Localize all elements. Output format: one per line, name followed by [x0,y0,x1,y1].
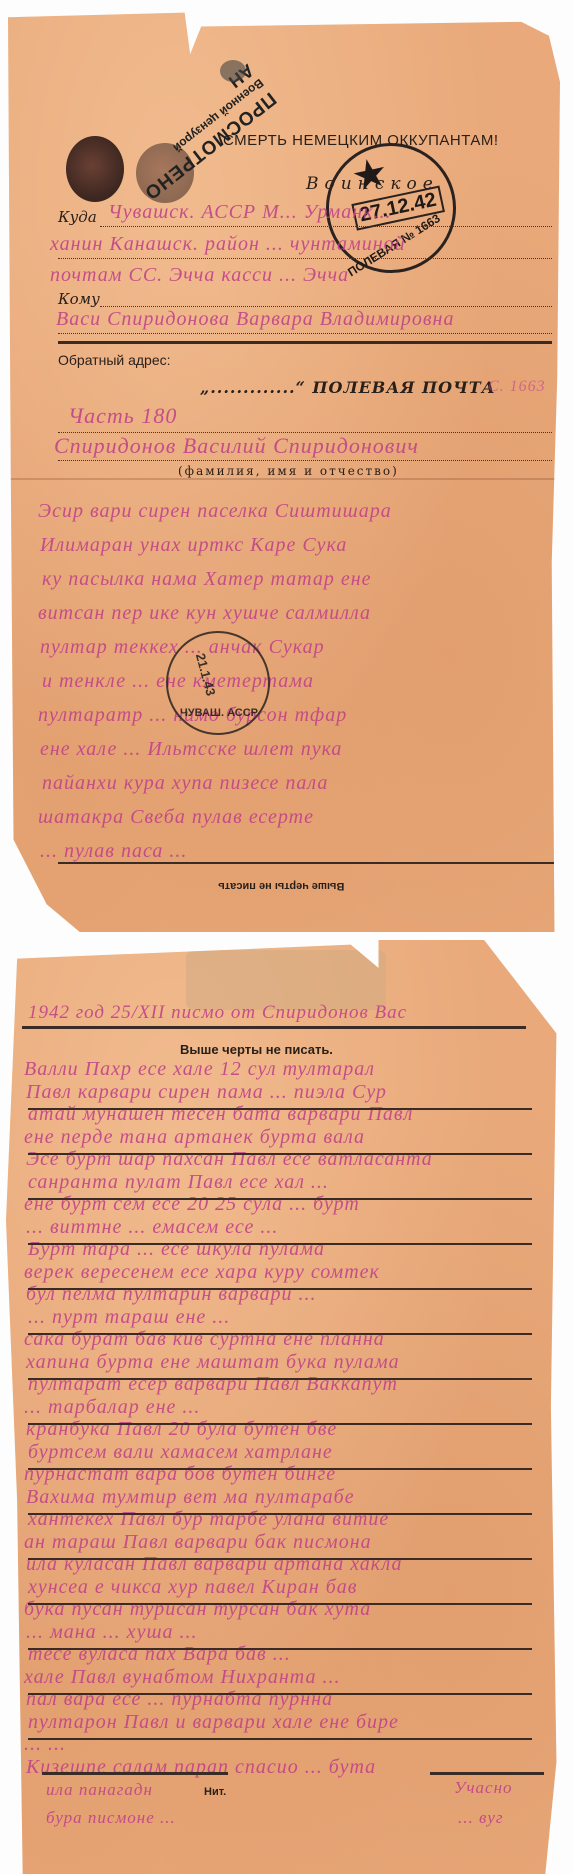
field-post-number: С. 1663 [488,378,546,396]
letter-line: кранбука Павл 20 була бутен бве [26,1418,337,1441]
header-date-note: 1942 год 25/XII писмо от Спиридонов Вас [28,1002,407,1024]
ruled-line [28,1603,532,1605]
letter-front-sheet: ПРОСМОТРЕНО Военной цензурой АН СМЕРТЬ Н… [8,8,560,932]
letter-line: тесе вуласа пах Вара бав ... [28,1643,291,1666]
field-post-quote: „.............“ [200,378,312,397]
letter-line: ила куласан Павл варвари артана хакла [26,1553,403,1576]
to-line-2 [58,258,552,259]
letter-line: Эсе бурт шар пахсан Павл есе ватласанта [26,1148,433,1171]
to-address-line-1: Чувашск. АССР М... Урманк... [108,201,392,224]
letter-line: Кизешпе салам парап спасио ... бута [26,1756,376,1779]
to-address-line-3: почтам СС. Эчча касси ... Эчча [50,264,349,287]
recipient-name: Васи Спиридонова Варвара Владимировна [56,308,454,331]
field-post-text: ПОЛЕВАЯ ПОЧТА [312,378,495,397]
letter-line: хале Павл вунабтом Нихранта ... [24,1666,340,1689]
letter-line: хунсеа е чикса хур павел Киран бав [28,1576,358,1599]
ruled-line [28,1243,532,1245]
ruled-line [28,1153,532,1155]
letter-back-sheet: 1942 год 25/XII писмо от Спиридонов Вас … [6,940,562,1874]
tape-residue [186,950,386,1010]
ruled-line [28,1558,532,1560]
letter-line: буртсем вали хамасем хатрлане [28,1441,333,1464]
letter-line: пал вара есе ... пурнабта пурнна [26,1688,333,1711]
letter-line: пурнастат вара бов бутен бинге [24,1463,336,1486]
to-label: Куда [58,208,97,226]
letter-line: ... виттне ... емасем есе ... [26,1216,278,1239]
arrival-text: ЧУВАШ. АССР [180,707,258,719]
footer-divider-right [430,1772,544,1775]
ruled-line [28,1648,532,1650]
sender-name: Спиридонов Василий Спиридонович [54,433,419,459]
censor-number-blot-icon [220,60,246,82]
write-above-divider [58,862,558,864]
letter-line: пултарон Павл и варвари хале ене бире [28,1711,399,1734]
return-line-2 [58,460,552,461]
footer-left-note-2: бура писмоне ... [46,1808,176,1828]
recipient-label: Кому [58,290,100,308]
back-notice: Выше черты не писать. [180,1042,333,1057]
ruled-line [28,1198,532,1200]
letter-line: ку пасылка нама Хатер татар ене [42,568,372,591]
letter-line: ене хале ... Ильтсске шлет пука [40,738,342,761]
letter-line: Валли Пахр есе хале 12 сул тултарал [24,1058,375,1081]
footer-right-note-2: ... вуг [458,1808,504,1828]
letter-line: Эсир вари сирен паселка Сиштишара [38,500,392,523]
ruled-line [28,1468,532,1470]
letter-line: шатакра Свеба пулав есерте [38,806,314,829]
ruled-line [28,1108,532,1110]
footer-right-note: Учасно [454,1778,513,1798]
letter-line: бул пелма пултарин варвари ... [26,1283,316,1306]
letter-line: витсан пер ике кун хушче салмилла [38,602,371,625]
upside-down-notice: Выше черты не писать [218,880,344,892]
unit-number: Часть 180 [68,403,177,429]
letter-line: Бурт тара ... есе шкула пулама [28,1238,325,1261]
recipient-line-2 [58,333,552,334]
letter-line: бука пусан турисан турсан бак хута [24,1598,371,1621]
footer-print: Нит. [204,1786,226,1798]
letter-line: санранта пулат Павл есе хал ... [28,1171,329,1194]
letter-line: ... ... [24,1733,66,1756]
letter-line: ене бурт сем есе 20 25 сула ... бурт [24,1193,360,1216]
letter-line: верек вересенем есе хара куру сомтек [24,1261,380,1284]
back-header-divider [22,1026,526,1029]
letter-line: ... пурт тараш ене ... [28,1306,230,1329]
letter-line: хапина бурта ене маштат бука пулама [26,1351,400,1374]
return-address-label: Обратный адрес: [58,352,171,368]
letter-line: ... мана ... хуша ... [26,1621,198,1644]
letter-line: пайанхи кура хупа пизесе пала [42,772,328,795]
ruled-line [28,1378,532,1380]
ruled-line [28,1423,532,1425]
letter-line: ... тарбалар ене ... [24,1396,200,1419]
arrival-postmark: 21.1.43 ЧУВАШ. АССР [166,631,270,735]
letter-line: ... пулав паса ... [40,840,187,863]
recipient-line-1 [100,306,552,307]
slogan-heading: СМЕРТЬ НЕМЕЦКИМ ОККУПАНТАМ! [223,132,499,149]
state-emblem-icon [66,136,124,202]
arrival-date: 21.1.43 [193,652,219,698]
ruled-line [28,1288,532,1290]
ruled-line [28,1693,532,1695]
to-line-1 [100,226,552,227]
letter-line: атай мунашен тесен бата варвари Павл [28,1103,413,1126]
footer-divider-left [42,1772,228,1775]
ruled-line [28,1513,532,1515]
ruled-line [28,1333,532,1335]
ruled-line [28,1738,532,1740]
name-caption: (фамилия, имя и отчество) [178,464,399,478]
letter-line: Вахима тумтир вет ма пултарабе [26,1486,355,1509]
address-divider [58,341,552,344]
letter-line: ене перде тана артанек бурта вала [24,1126,365,1149]
letter-line: Илимаран унах ирткс Каре Сука [40,534,347,557]
footer-left-note: ила панагадн [46,1780,153,1800]
to-address-line-2: ханин Канашск. район ... чунтаминой [50,233,406,256]
letter-line: Павл карвари сирен пама ... пиэла Сур [26,1081,387,1104]
letter-line: пултарат есер варвари Павл Ваккапут [28,1373,398,1396]
field-post-label: „.............“ ПОЛЕВАЯ ПОЧТА [200,378,496,397]
star-icon: ★ [350,151,390,199]
letter-line: ан тараш Павл варвари бак писмона [24,1531,372,1554]
letter-line: хантекех Павл бур тарбе улана витие [28,1508,389,1531]
letter-line: сака бурат бав кив суртна ене планна [24,1328,385,1351]
fold-crease [8,478,560,480]
